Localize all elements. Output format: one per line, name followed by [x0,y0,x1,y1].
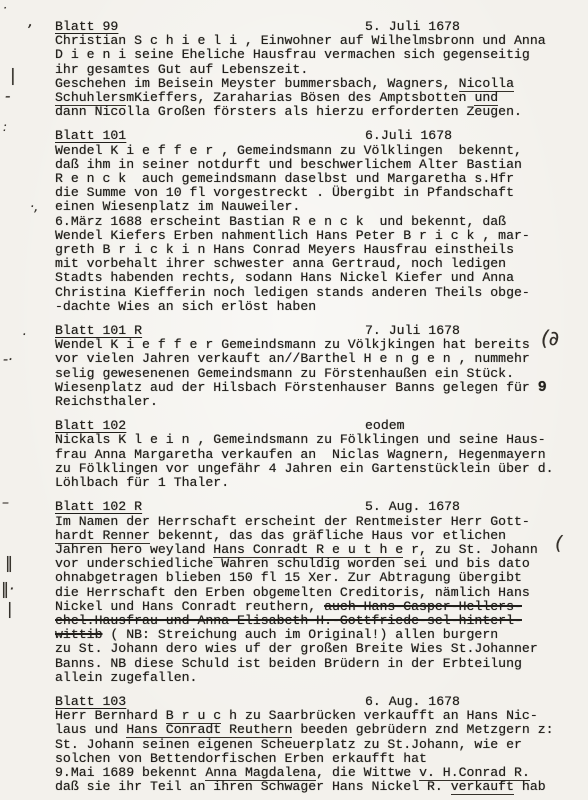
text-segment: Geschehen im Beisein Meyster bummersbach… [55,76,459,91]
text-segment: laus und [55,722,126,737]
text-segment: 6.März 1688 erscheint Bastian R e n c k … [55,214,506,229]
handwritten-margin-mark: : [3,121,7,133]
text-line: Wiesenplatz aud der Hilsbach Förstenhaus… [55,381,574,395]
text-line: daß sie ihr Teil an ihren Schwager Hans … [55,780,574,794]
text-segment: St. Johann seinen eigenen Scheuerplatz z… [55,737,522,752]
handwritten-margin-mark: ‖· [1,581,14,597]
text-segment: beeden gebrüdern znd Metzgern z: [292,722,553,737]
text-segment: einen Wiesenplatz im Nauweiler. [55,199,300,214]
text-segment: ohnabgetragen blieben 150 fl 15 Xer. Zur… [55,570,522,585]
entry: Blatt 1016.Juli 1678Wendel K i e f f e r… [55,129,574,314]
text-line: Jahren hero weyland Hans Conradt R e u t… [55,543,574,557]
text-line: dann Nicolla Großen försters als hierzu … [55,105,574,119]
text-segment: Wendel K i e f f e r Gemeindsmann zu Völ… [55,337,530,352]
text-line: Reichsthaler. [55,395,574,409]
blatt-label: Blatt 99 [55,19,118,34]
entry-date: 6.Juli 1678 [365,129,452,143]
entry-date: 6. Aug. 1678 [365,695,460,709]
text-line: Christina Kiefferin noch ledigen stands … [55,286,574,300]
text-segment: Herr Bernhard [55,708,166,723]
text-segment: Jahren hero weyland [55,542,213,557]
text-segment: mKieffers, Zaraharias Bösen des Amptsbot… [126,90,474,105]
text-segment: Christina Kiefferin noch ledigen stands … [55,285,530,300]
text-line: Wendel K i e f f e r , Gemeindsmann zu V… [55,144,574,158]
text-line: solchen von Bettendorfischen Erben erkau… [55,752,574,766]
text-line: zu St. Johann dero wies uf der großen Br… [55,642,574,656]
text-segment: hab [514,779,546,794]
handwritten-margin-mark: – [2,496,9,510]
handwritten-margin-mark: (∂ [541,328,559,348]
handwritten-margin-mark: ( [555,534,562,553]
entry-date: 5. Juli 1678 [365,20,460,34]
blatt-label: Blatt 103 [55,694,126,709]
text-line: Stadts habenden rechts, sodann Hans Nick… [55,271,574,285]
text-line: daß ihm in seiner notdurft und beschwerl… [55,158,574,172]
document-page: Blatt 995. Juli 1678Christian S c h i e … [0,0,588,800]
text-segment: Reichsthaler. [55,394,158,409]
text-segment: 9.Mai 1689 bekennt [55,765,205,780]
text-line: St. Johann seinen eigenen Scheuerplatz z… [55,738,574,752]
text-line: 9.Mai 1689 bekennt Anna Magdalena, die W… [55,766,574,780]
text-segment: selig gewesenenen Gemeindsmann zu Förste… [55,366,514,381]
entry: Blatt 101 R7. Juli 1678Wendel K i e f f … [55,324,574,409]
blatt-label: Blatt 101 R [55,323,142,338]
text-segment: Wendel Kiefers Erben nahmentlich Hans Pe… [55,228,530,243]
entry-date: 7. Juli 1678 [365,324,460,338]
struck-text: auch-Hans-Casper-Hellers- [324,599,522,614]
blatt-label: Blatt 102 R [55,499,142,514]
entry: Blatt 102eodemNickals K l e i n , Gemein… [55,419,574,490]
text-line: -dachte Wies an sich erlöst haben [55,300,574,314]
handwritten-margin-mark: ·, [30,201,38,214]
text-segment: dann Nicolla Großen försters als hierzu … [55,104,522,119]
entry-date: eodem [365,419,405,433]
text-line: selig gewesenenen Gemeindsmann zu Förste… [55,367,574,381]
handwritten-margin-mark: · [22,329,26,342]
text-segment: solchen von Bettendorfischen Erben erkau… [55,751,427,766]
text-segment: daß ihm in seiner notdurft und beschwerl… [55,157,522,172]
handwritten-margin-mark: -· [3,353,13,367]
struck-text: wittib [55,627,102,642]
text-segment: Wiesenplatz aud der Hilsbach Förstenhaus… [55,380,538,395]
text-line: hardt Renner bekennt, das das gräfliche … [55,529,574,543]
entry-heading: Blatt 102 R5. Aug. 1678 [55,500,574,514]
text-line: zu Fölklingen vor ungefähr 4 Jahren ein … [55,462,574,476]
handwritten-margin-mark: | [7,601,12,617]
text-line: die Herrschaft den Erben obgemelten Cred… [55,586,574,600]
text-line: einen Wiesenplatz im Nauweiler. [55,200,574,214]
text-segment: greth B r i c k i n Hans Conrad Meyers H… [55,242,514,257]
text-line: Im Namen der Herrschaft erscheint der Re… [55,515,574,529]
text-line: D i e n i seine Eheliche Hausfrau vermac… [55,48,574,62]
text-line: Herr Bernhard B r u c h zu Saarbrücken v… [55,709,574,723]
text-line: 6.März 1688 erscheint Bastian R e n c k … [55,215,574,229]
text-segment: r, zu St. Johann [403,542,538,557]
text-line: R e n c k auch gemeindsmann daselbst und… [55,172,574,186]
entry-heading: Blatt 995. Juli 1678 [55,20,574,34]
text-line: Banns. NB diese Schuld ist beiden Brüder… [55,657,574,671]
blatt-label: Blatt 102 [55,418,126,433]
text-segment: daß sie ihr Teil an ihren Schwager Hans … [55,779,451,794]
text-line: vor vielen Jahren verkauft an//Barthel H… [55,352,574,366]
text-segment: h zu Saarbrücken verkaufft an Hans Nic- [221,708,538,723]
blatt-label: Blatt 101 [55,128,126,143]
entry: Blatt 1036. Aug. 1678Herr Bernhard B r u… [55,695,574,794]
text-segment: ihr gesamtes Gut auf Lebenszeit. [55,62,308,77]
text-segment: Nickals K l e i n , Gemeindsmann zu Fölk… [55,432,546,447]
text-line: allein zugefallen. [55,671,574,685]
entry: Blatt 102 R5. Aug. 1678Im Namen der Herr… [55,500,574,685]
text-line: Löhlbach für 1 Thaler. [55,476,574,490]
text-line: Geschehen im Beisein Meyster bummersbach… [55,77,574,91]
text-segment: Löhlbach für 1 Thaler. [55,475,229,490]
text-segment: allein zugefallen. [55,670,197,685]
text-line: ohnabgetragen blieben 150 fl 15 Xer. Zur… [55,571,574,585]
text-line: Wendel K i e f f e r Gemeindsmann zu Völ… [55,338,574,352]
text-line: ihr gesamtes Gut auf Lebenszeit. [55,63,574,77]
entry-heading: Blatt 1036. Aug. 1678 [55,695,574,709]
text-line: Nickel und Hans Conradt reuthern, auch-H… [55,600,574,614]
text-line: Nickals K l e i n , Gemeindsmann zu Fölk… [55,433,574,447]
entry-heading: Blatt 102eodem [55,419,574,433]
text-segment: mit vorbehalt ihrer schwester anna Gertr… [55,256,506,271]
handwritten-margin-mark: , [28,13,33,29]
text-segment: zu Fölklingen vor ungefähr 4 Jahren ein … [55,461,554,476]
text-line: vor underschiedliche Wahren schuldig wor… [55,557,574,571]
text-segment: Nickel und Hans Conradt reuthern, [55,599,324,614]
text-line: laus und Hans Conradt Reuthern beeden ge… [55,723,574,737]
text-segment: Wendel K i e f f e r , Gemeindsmann zu V… [55,143,522,158]
underlined-text: verkauft [451,779,514,795]
text-line: Christian S c h i e l i , Einwohner auf … [55,34,574,48]
entry: Blatt 995. Juli 1678Christian S c h i e … [55,20,574,119]
text-segment: frau Anna Margaretha verkaufen an Niclas… [55,447,546,462]
entry-heading: Blatt 1016.Juli 1678 [55,129,574,143]
text-line: Wendel Kiefers Erben nahmentlich Hans Pe… [55,229,574,243]
handwritten-margin-mark: ‖ [5,555,13,571]
text-segment: die Herrschaft den Erben obgemelten Cred… [55,585,530,600]
text-segment: Im Namen der Herrschaft erscheint der Re… [55,514,530,529]
text-segment: Christian S c h i e l i , Einwohner auf … [55,33,546,48]
text-segment: Stadts habenden rechts, sodann Hans Nick… [55,270,514,285]
text-line: mit vorbehalt ihrer schwester anna Gertr… [55,257,574,271]
handwritten-margin-mark: | [10,68,16,85]
text-segment: bekennt, das das gräfliche Haus vor etli… [150,528,506,543]
handwritten-margin-mark: - [5,89,10,104]
text-line: wittib ( NB: Streichung auch im Original… [55,628,574,642]
text-line: greth B r i c k i n Hans Conrad Meyers H… [55,243,574,257]
text-line: ehel.Hausfrau-und-Anna-Elisabeth-H.-Gott… [55,614,574,628]
text-line: frau Anna Margaretha verkaufen an Niclas… [55,448,574,462]
text-segment: 9 [538,379,547,396]
text-segment: Banns. NB diese Schuld ist beiden Brüder… [55,656,522,671]
text-segment: , die Wittwe [316,765,419,780]
entry-date: 5. Aug. 1678 [365,500,460,514]
text-segment: vor vielen Jahren verkauft an//Barthel H… [55,351,530,366]
text-segment: R e n c k auch gemeindsmann daselbst und… [55,171,514,186]
text-segment: zu St. Johann dero wies uf der großen Br… [55,641,538,656]
text-line: die Summe von 10 fl vorgestreckt . Überg… [55,186,574,200]
text-segment: vor underschiedliche Wahren schuldig wor… [55,556,530,571]
entry-heading: Blatt 101 R7. Juli 1678 [55,324,574,338]
text-line: SchuhlersmKieffers, Zaraharias Bösen des… [55,91,574,105]
text-segment: -dachte Wies an sich erlöst haben [55,299,316,314]
text-segment: die Summe von 10 fl vorgestreckt . Überg… [55,185,514,200]
struck-text: ehel.Hausfrau-und-Anna-Elisabeth-H.-Gott… [55,613,522,628]
text-segment: ( NB: Streichung auch im Original!) alle… [102,627,498,642]
handwritten-margin-mark: · [3,2,7,14]
text-segment: D i e n i seine Eheliche Hausfrau vermac… [55,47,530,62]
